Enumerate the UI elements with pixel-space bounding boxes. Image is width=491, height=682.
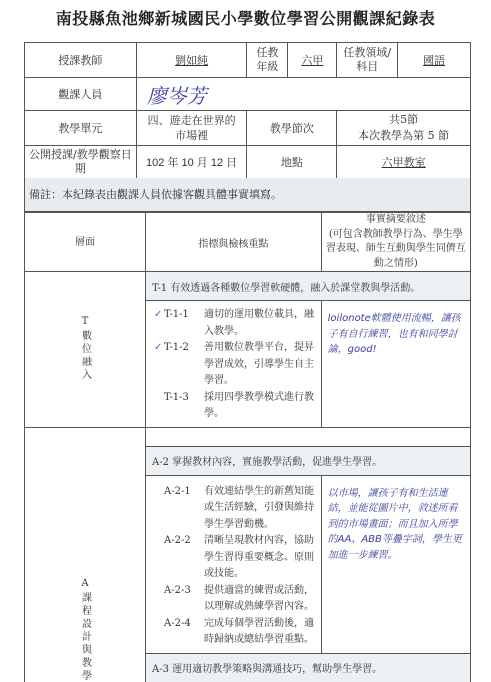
subject-value: 國語 (398, 43, 471, 78)
grade-label: 任教年級 (247, 43, 288, 78)
session-total: 共5節 (337, 112, 470, 129)
checklist-item[interactable]: T-1-3採用四學教學模式進行教學。 (154, 390, 317, 423)
checklist-item[interactable]: A-2-2清晰呈現教材內容，協助學生習得重要概念、原則或技能。 (154, 533, 317, 583)
grade-value: 六甲 (288, 43, 337, 78)
layer-header: 層面 (25, 213, 146, 272)
spacer-row (146, 427, 471, 446)
checklist-item[interactable]: A-2-4完成每個學習活動後，適時歸納或總結學習重點。 (154, 616, 317, 649)
session-current: 本次教學為第 5 節 (337, 128, 470, 145)
indicator-header: 指標與檢核重點 (146, 213, 322, 272)
fact-a2: 以市場，讓孩子有和生活連結，並能從圖片中，敘述所看到的市場畫面；而且加入所學的A… (321, 475, 470, 653)
form-title: 南投縣魚池鄉新城國民小學數位學習公開觀課紀錄表 (0, 6, 491, 29)
section-header-a2: A-2 掌握教材內容，實施教學活動，促進學生學習。 (146, 446, 471, 475)
unit-value: 四、遊走在世界的市場裡 (136, 111, 247, 146)
subject-label: 任教領域/科目 (337, 43, 398, 78)
checkmark-icon: ✓ (154, 340, 164, 390)
items-a2: A-2-1有效連結學生的新舊知能或生活經驗，引發與維持學生學習動機。 A-2-2… (146, 475, 322, 653)
observer-signature: 廖岑芳 (136, 78, 470, 111)
session-label: 教學節次 (247, 111, 337, 146)
fact-header-title: 事實摘要敘述 (326, 213, 466, 228)
fact-header: 事實摘要敘述 (可包含教師教學行為、學生學習表現、師生互動與學生同儕互動之情形) (321, 213, 470, 272)
checkmark-icon: ✓ (154, 307, 164, 340)
section-header-t1: T-1 有效透過各種數位學習軟硬體，融入於課堂教與學活動。 (146, 272, 471, 301)
fact-header-sub: (可包含教師教學行為、學生學習表現、師生互動與學生同儕互動之情形) (326, 228, 466, 272)
observer-label: 觀課人員 (25, 78, 137, 111)
session-value: 共5節 本次教學為第 5 節 (337, 111, 471, 146)
teacher-label: 授課教師 (25, 43, 137, 78)
items-t1: ✓T-1-1適切的運用數位載具，融入教學。 ✓T-1-2善用數位教學平台，提昇學… (146, 301, 322, 428)
location-label: 地點 (247, 146, 337, 179)
checklist-item[interactable]: A-2-3提供適當的練習或活動，以理解或熟練學習內容。 (154, 583, 317, 616)
date-label: 公開授課/教學觀察日期 (25, 146, 137, 179)
note-row: 備註：本紀錄表由觀課人員依據客觀具體事實填寫。 (24, 178, 471, 212)
section-header-a3: A-3 運用適切教學策略與溝通技巧，幫助學生學習。 (146, 653, 471, 682)
layer-t: T數位融入 (25, 272, 146, 428)
checklist-item[interactable]: ✓T-1-1適切的運用數位載具，融入教學。 (154, 307, 317, 340)
checklist-item[interactable]: A-2-1有效連結學生的新舊知能或生活經驗，引發與維持學生學習動機。 (154, 484, 317, 534)
teacher-value: 劉如純 (136, 43, 247, 78)
location-value: 六甲教室 (337, 146, 471, 179)
fact-t1: loilonote軟體使用流暢，讓孩子有自行練習，也有和同學討論，good! (321, 301, 470, 428)
info-table: 授課教師 劉如純 任教年級 六甲 任教領域/科目 國語 觀課人員 廖岑芳 教學單… (24, 42, 471, 179)
unit-label: 教學單元 (25, 111, 137, 146)
layer-a: A課程設計與教學 (25, 427, 146, 682)
checklist-item[interactable]: ✓T-1-2善用數位教學平台，提昇學習成效，引導學生自主學習。 (154, 340, 317, 390)
date-value: 102 年 10 月 12 日 (136, 146, 247, 179)
observation-table: 層面 指標與檢核重點 事實摘要敘述 (可包含教師教學行為、學生學習表現、師生互動… (24, 212, 471, 682)
